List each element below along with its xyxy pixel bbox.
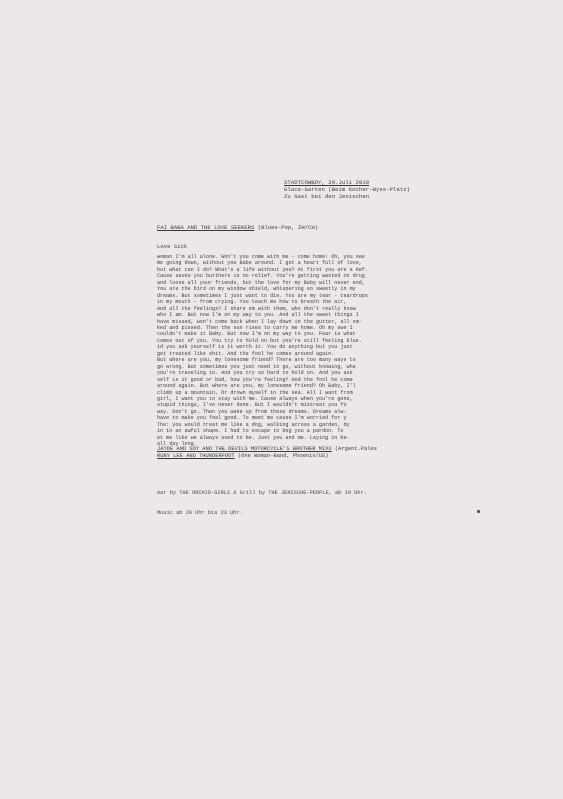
first-band-name: FAI BABA AND THE LOVE SEEKERS xyxy=(157,224,254,231)
footer-line-1: ear by THE ORCHID-GIRLS & Grill by THE J… xyxy=(157,490,367,497)
song-lyrics: woman I'm all alone. Won't you come with… xyxy=(157,254,387,448)
lyrics-line: me going down, without you Babe around. … xyxy=(157,260,387,266)
lyrics-line: who I am. But now I'm on my way to you. … xyxy=(157,312,387,318)
lyrics-line: id you ask yourself is it worth it. You … xyxy=(157,344,387,350)
band-name: RUBY LEE AND THUNDERFOOT xyxy=(157,453,235,459)
event-host: Zu Gast bei den Jenischen xyxy=(284,193,410,200)
lyrics-line: couldn't make it Baby. But now I'm on my… xyxy=(157,331,387,337)
band-entry: RUBY LEE AND THUNDERFOOT (One Woman-Band… xyxy=(157,453,377,460)
band-info: (Argent.Pales xyxy=(332,446,377,452)
ink-dot-mark xyxy=(477,510,480,513)
event-header: STADTCOWBOY, 29.Juli 2010 Glace-Garten (… xyxy=(284,179,410,200)
lyrics-line: around again. But where are you, my lone… xyxy=(157,383,387,389)
lyrics-line: But where are you, my lonesome friend? T… xyxy=(157,357,387,363)
document-page: STADTCOWBOY, 29.Juli 2010 Glace-Garten (… xyxy=(0,0,563,799)
band-info: (One Woman-Band, Phoenix/US) xyxy=(235,453,329,459)
footer-info: ear by THE ORCHID-GIRLS & Grill by THE J… xyxy=(157,476,367,530)
lyrics-line: you're traveling to. And you try so hard… xyxy=(157,370,387,376)
footer-line-2: Music ab 20 Uhr bis 23 Uhr. xyxy=(157,510,367,517)
first-band-genre: (Blues-Pop, ZH/CH) xyxy=(258,224,318,231)
other-bands-list: JAYDE AND SOY AND THE DEVILS MOTORCYCLE'… xyxy=(157,446,377,460)
first-band-heading: FAI BABA AND THE LOVE SEEKERS (Blues-Pop… xyxy=(157,224,318,231)
song-title: Love Sick xyxy=(157,243,187,250)
event-venue: Glace-Garten (Beim Kocher-Wyss-Platz) xyxy=(284,186,410,193)
lyrics-line: You are the bird on my window shield, wh… xyxy=(157,286,387,292)
event-date: STADTCOWBOY, 29.Juli 2010 xyxy=(284,179,410,186)
band-name: JAYDE AND SOY AND THE DEVILS MOTORCYCLE'… xyxy=(157,446,332,452)
lyrics-line: Cause saves you butthers is no relief. Y… xyxy=(157,273,387,279)
band-entry: JAYDE AND SOY AND THE DEVILS MOTORCYCLE'… xyxy=(157,446,377,453)
